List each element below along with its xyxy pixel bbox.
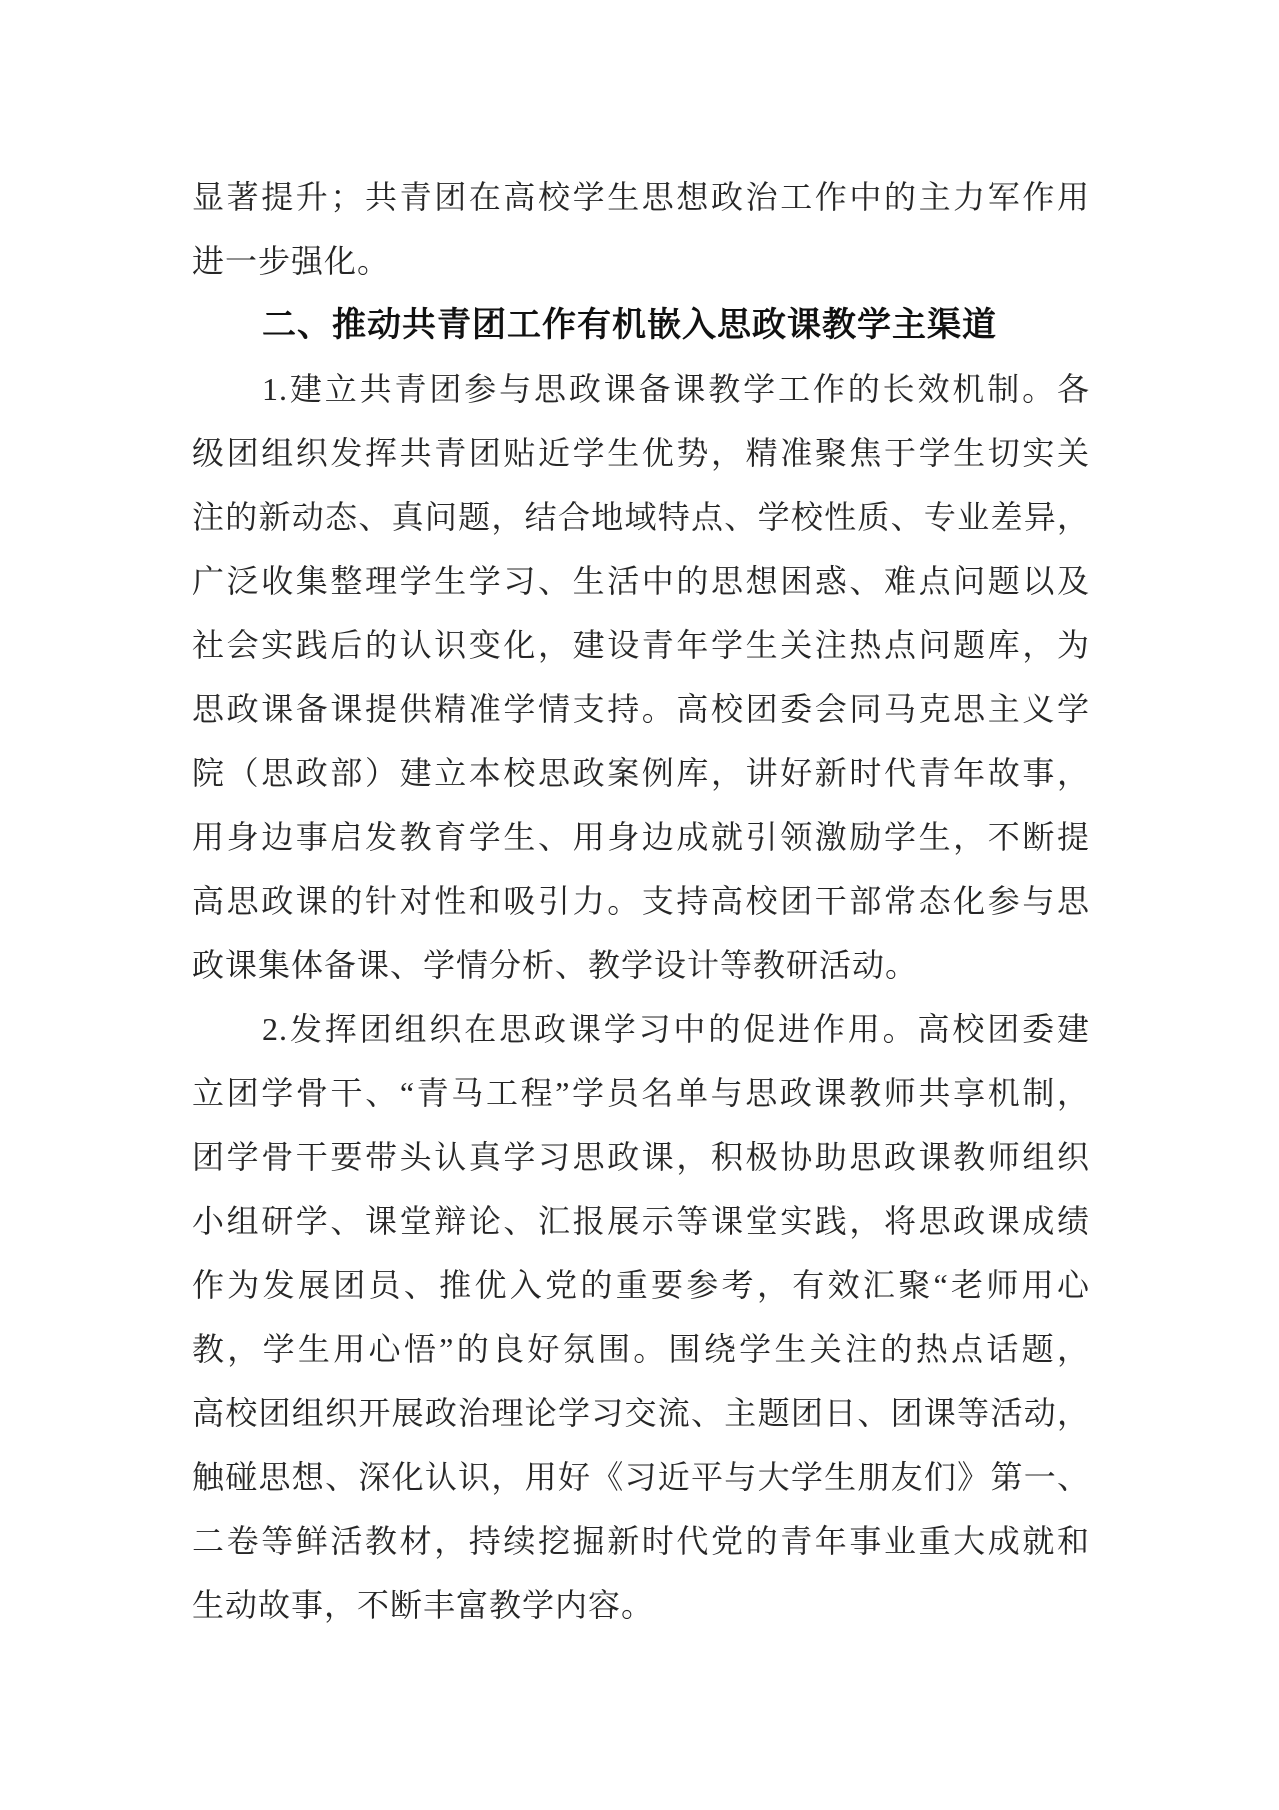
text-line: 作为发展团员、推优入党的重要参考，有效汇聚“老师用心 [192,1253,1090,1317]
text-line: 注的新动态、真问题，结合地域特点、学校性质、专业差异， [192,485,1090,549]
text-line: 高思政课的针对性和吸引力。支持高校团干部常态化参与思 [192,869,1090,933]
text-line: 进一步强化。 [192,229,1090,293]
text-line: 2.发挥团组织在思政课学习中的促进作用。高校团委建 [192,997,1090,1061]
section-heading: 二、推动共青团工作有机嵌入思政课教学主渠道 [192,293,1090,357]
text-line: 广泛收集整理学生学习、生活中的思想困惑、难点问题以及 [192,549,1090,613]
text-line: 社会实践后的认识变化，建设青年学生关注热点问题库，为 [192,613,1090,677]
text-line: 教，学生用心悟”的良好氛围。围绕学生关注的热点话题， [192,1317,1090,1381]
text-line: 二卷等鲜活教材，持续挖掘新时代党的青年事业重大成就和 [192,1509,1090,1573]
text-line: 用身边事启发教育学生、用身边成就引领激励学生，不断提 [192,805,1090,869]
text-line: 生动故事，不断丰富教学内容。 [192,1573,1090,1637]
page-content: 显著提升；共青团在高校学生思想政治工作中的主力军作用进一步强化。二、推动共青团工… [192,165,1090,1637]
text-line: 思政课备课提供精准学情支持。高校团委会同马克思主义学 [192,677,1090,741]
text-line: 级团组织发挥共青团贴近学生优势，精准聚焦于学生切实关 [192,421,1090,485]
text-line: 立团学骨干、“青马工程”学员名单与思政课教师共享机制， [192,1061,1090,1125]
text-line: 政课集体备课、学情分析、教学设计等教研活动。 [192,933,1090,997]
document-page: 显著提升；共青团在高校学生思想政治工作中的主力军作用进一步强化。二、推动共青团工… [0,0,1279,1810]
text-line: 1.建立共青团参与思政课备课教学工作的长效机制。各 [192,357,1090,421]
text-line: 触碰思想、深化认识，用好《习近平与大学生朋友们》第一、 [192,1445,1090,1509]
text-line: 小组研学、课堂辩论、汇报展示等课堂实践，将思政课成绩 [192,1189,1090,1253]
text-line: 高校团组织开展政治理论学习交流、主题团日、团课等活动， [192,1381,1090,1445]
text-line: 院（思政部）建立本校思政案例库，讲好新时代青年故事， [192,741,1090,805]
text-line: 团学骨干要带头认真学习思政课，积极协助思政课教师组织 [192,1125,1090,1189]
text-line: 显著提升；共青团在高校学生思想政治工作中的主力军作用 [192,165,1090,229]
